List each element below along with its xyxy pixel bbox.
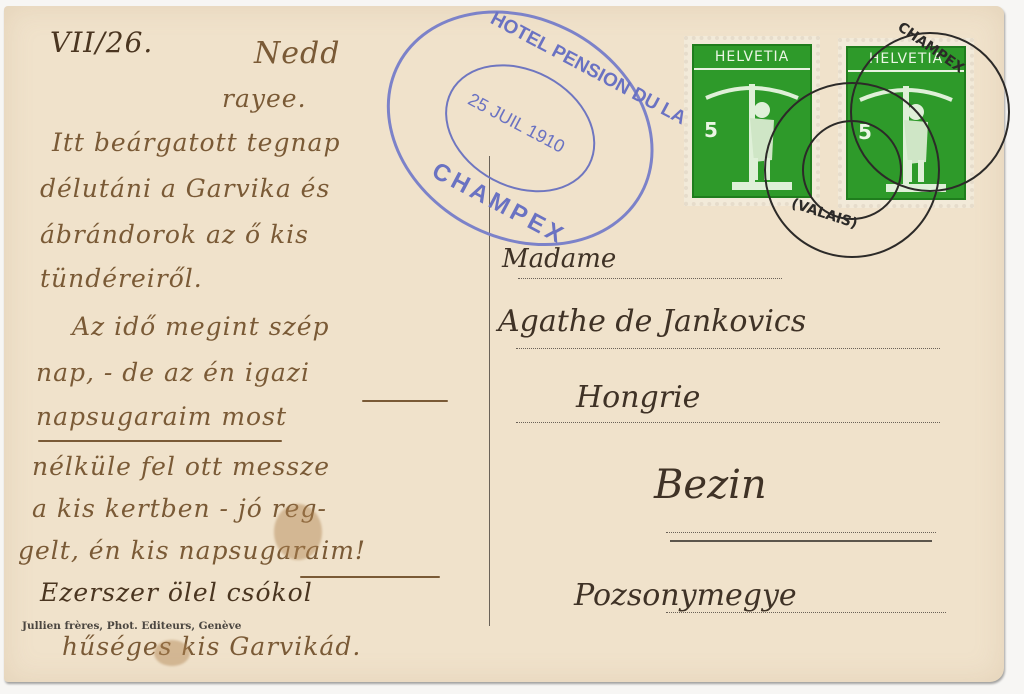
greeting-line-1: Nedd: [254, 36, 340, 71]
message-line: ábrándorok az ő kis: [40, 220, 309, 249]
underline: [38, 440, 282, 442]
underline: [362, 400, 448, 402]
postcard: VII/26. Nedd rayee. Itt beárgatott tegna…: [4, 6, 1004, 682]
address-dotted-line: [516, 348, 940, 349]
address-dotted-line: [666, 532, 936, 533]
message-line: tündéreiről.: [40, 264, 203, 293]
message-line: Itt beárgatott tegnap: [52, 128, 340, 157]
address-line-3: Hongrie: [576, 380, 700, 415]
message-line: Az idő megint szép: [72, 312, 330, 341]
ink-stain: [154, 640, 190, 666]
date-note: VII/26.: [50, 26, 153, 59]
message-line: Ezerszer ölel csókol: [40, 578, 313, 607]
message-line: hűséges kis Garvikád.: [62, 632, 361, 661]
address-dotted-line: [516, 422, 940, 423]
address-line-4: Bezin: [654, 462, 767, 508]
address-line-1: Madame: [502, 244, 616, 274]
message-line: nélküle fel ott messze: [32, 452, 330, 481]
underline: [300, 576, 440, 578]
stamp-country: HELVETIA: [694, 46, 810, 70]
message-line: délutáni a Garvika és: [40, 174, 330, 203]
ink-stain: [274, 504, 322, 560]
message-line: napsugaraim most: [36, 402, 287, 431]
greeting-line-2: rayee.: [222, 84, 307, 113]
address-line-5: Pozsonymegye: [574, 578, 797, 613]
address-line-2: Agathe de Jankovics: [498, 304, 806, 339]
publisher-imprint: Jullien frères, Phot. Editeurs, Genève: [22, 620, 241, 632]
address-solid-line: [670, 540, 932, 542]
address-dotted-line: [666, 612, 946, 613]
message-line: nap, - de az én igazi: [36, 358, 310, 387]
address-dotted-line: [518, 278, 782, 279]
